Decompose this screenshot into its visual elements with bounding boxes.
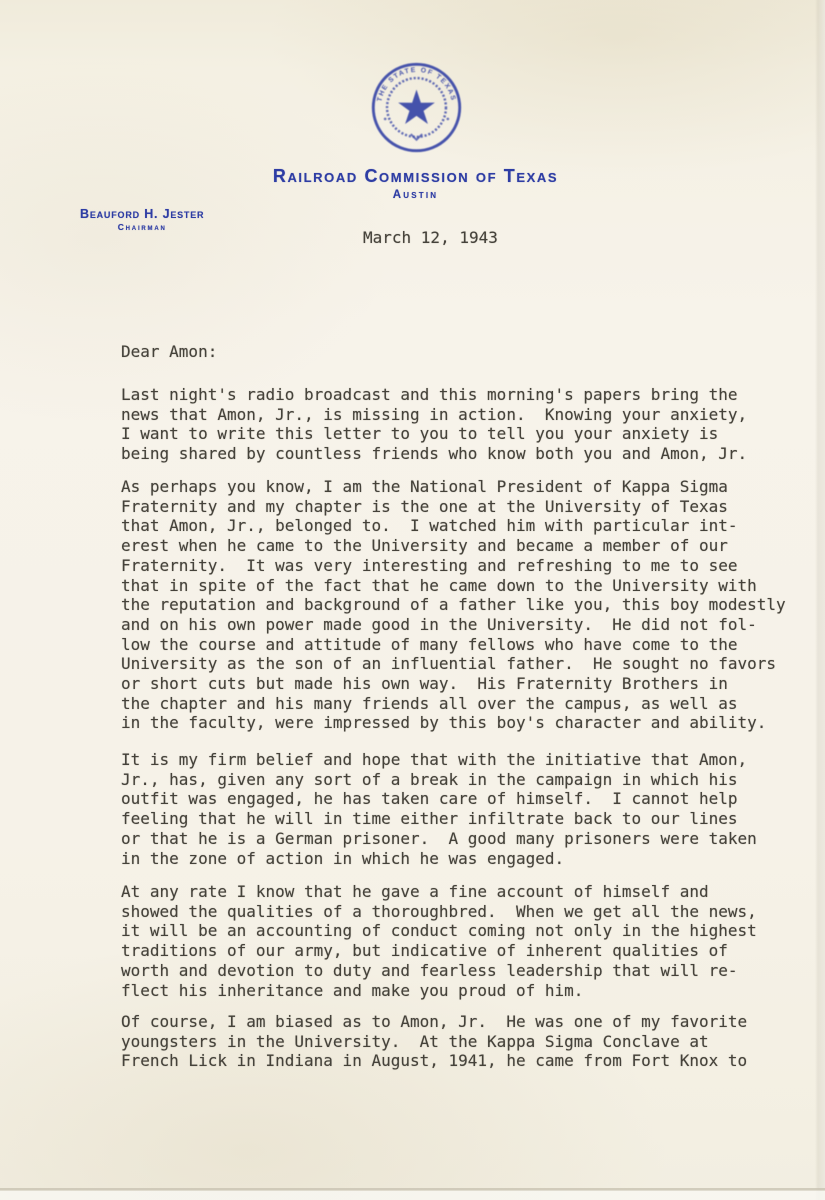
body-paragraph-3: It is my firm belief and hope that with … [121,750,757,868]
body-paragraph-2: As perhaps you know, I am the National P… [121,477,786,733]
body-paragraph-5: Of course, I am biased as to Amon, Jr. H… [121,1012,747,1071]
letterhead-organization: Railroad Commission of Texas [0,166,825,187]
salutation: Dear Amon: [121,342,217,362]
letter-date: March 12, 1943 [363,228,498,248]
paper-edge-right [815,0,825,1200]
letterhead-city: Austin [0,189,825,201]
body-paragraph-4: At any rate I know that he gave a fine a… [121,882,757,1000]
letterhead-official: Beauford H. Jester Chairman [80,207,204,232]
official-name: Beauford H. Jester [80,207,204,221]
seal-star-icon [398,89,435,124]
body-paragraph-1: Last night's radio broadcast and this mo… [121,385,747,464]
texas-state-seal-icon: THE STATE OF TEXAS [369,60,464,155]
paper-edge-bottom [0,1188,825,1200]
official-title: Chairman [80,222,204,232]
letter-page: THE STATE OF TEXAS Railroad Commission o… [0,0,825,1200]
